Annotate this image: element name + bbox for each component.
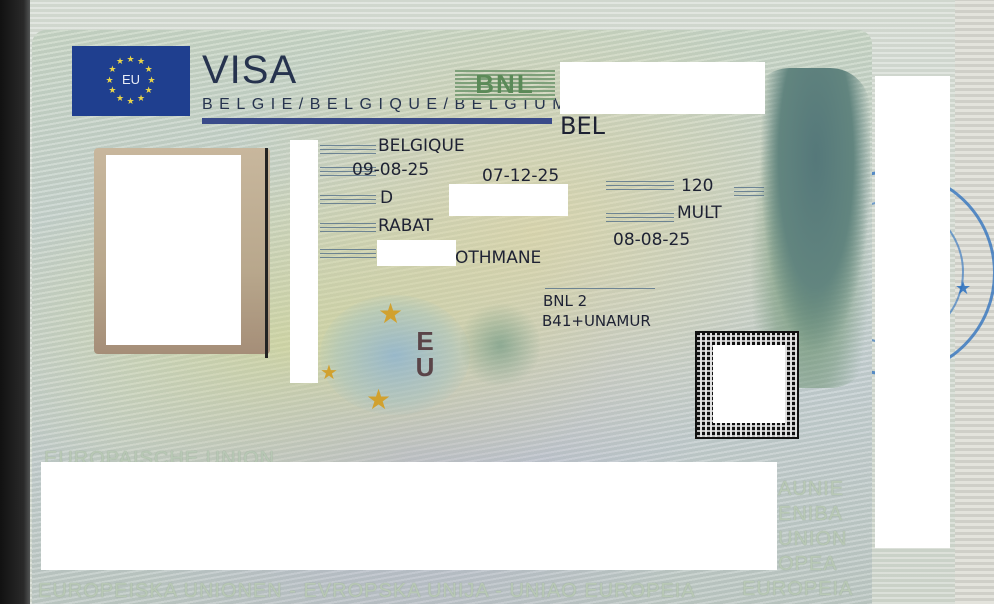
valid-from-value: 09-08-25	[352, 160, 429, 180]
visa-type-value: D	[380, 188, 393, 208]
label-remarks	[545, 285, 655, 289]
redacted-surname	[377, 240, 456, 266]
redacted-photo	[106, 155, 241, 345]
bottom-microtext-right-item: AUNIE	[778, 478, 844, 501]
redacted-mrz-zone	[41, 462, 777, 570]
valid-for-value: BELGIQUE	[378, 136, 465, 156]
redacted-visa-number	[560, 62, 765, 114]
valid-until-value: 07-12-25	[482, 166, 559, 186]
label-valid-for	[320, 142, 376, 154]
remarks-line-2: B41+UNAMUR	[542, 311, 651, 331]
label-days	[734, 184, 764, 196]
photo-border-line	[265, 148, 268, 358]
bottom-microtext-right-item: EUROPEIA	[742, 578, 853, 601]
hologram-star-icon: ★	[378, 300, 403, 328]
issuing-state-code: BEL	[560, 112, 605, 140]
microprint-strip	[202, 118, 552, 124]
label-issued-in	[320, 220, 376, 232]
background-edge	[0, 0, 34, 604]
hologram-eu-text: EU	[412, 328, 438, 380]
redacted-vertical-strip	[290, 140, 318, 383]
remarks-line-1: BNL 2	[543, 291, 587, 311]
hologram-seal	[460, 300, 540, 390]
bnl-security-stamp: BNL	[455, 68, 555, 100]
label-duration-of-stay	[606, 178, 674, 190]
bottom-microtext-right-item: ENIBA	[778, 503, 843, 526]
label-number-of-entries	[606, 210, 674, 222]
stamp-star-icon: ★	[955, 278, 971, 299]
flag-star-icon: ★	[116, 95, 124, 104]
duration-of-stay-value: 120	[681, 176, 713, 196]
issued-in-value: RABAT	[378, 216, 433, 236]
flag-star-icon: ★	[127, 98, 135, 107]
holder-name-value: OTHMANE	[455, 248, 541, 268]
bottom-microtext-right-item: OPEA	[778, 553, 838, 576]
flag-star-icon: ★	[116, 58, 124, 67]
hologram-star-icon: ★	[320, 358, 338, 386]
eu-flag-icon: ★★★★★★★★★★★★ EU	[72, 46, 190, 116]
eu-flag-label: EU	[72, 72, 190, 87]
hologram-star-icon: ★	[366, 386, 391, 414]
redacted-passport-number	[449, 184, 568, 216]
date-of-issue-value: 08-08-25	[613, 230, 690, 250]
flag-star-icon: ★	[108, 87, 116, 96]
label-surname	[320, 246, 376, 258]
label-type-of-visa	[320, 192, 376, 204]
flag-star-icon: ★	[137, 95, 145, 104]
flag-star-icon: ★	[127, 56, 135, 65]
visa-title: VISA	[202, 48, 297, 92]
bottom-microtext-line-bottom: EUROPEISKA UNIONEN - EVROPSKA UNIJA - UN…	[38, 580, 696, 603]
redacted-right-strip	[875, 76, 950, 548]
flag-star-icon: ★	[145, 87, 153, 96]
redacted-barcode-center	[713, 345, 785, 423]
number-of-entries-value: MULT	[677, 203, 722, 223]
bottom-microtext-right-item: UNION	[778, 528, 847, 551]
